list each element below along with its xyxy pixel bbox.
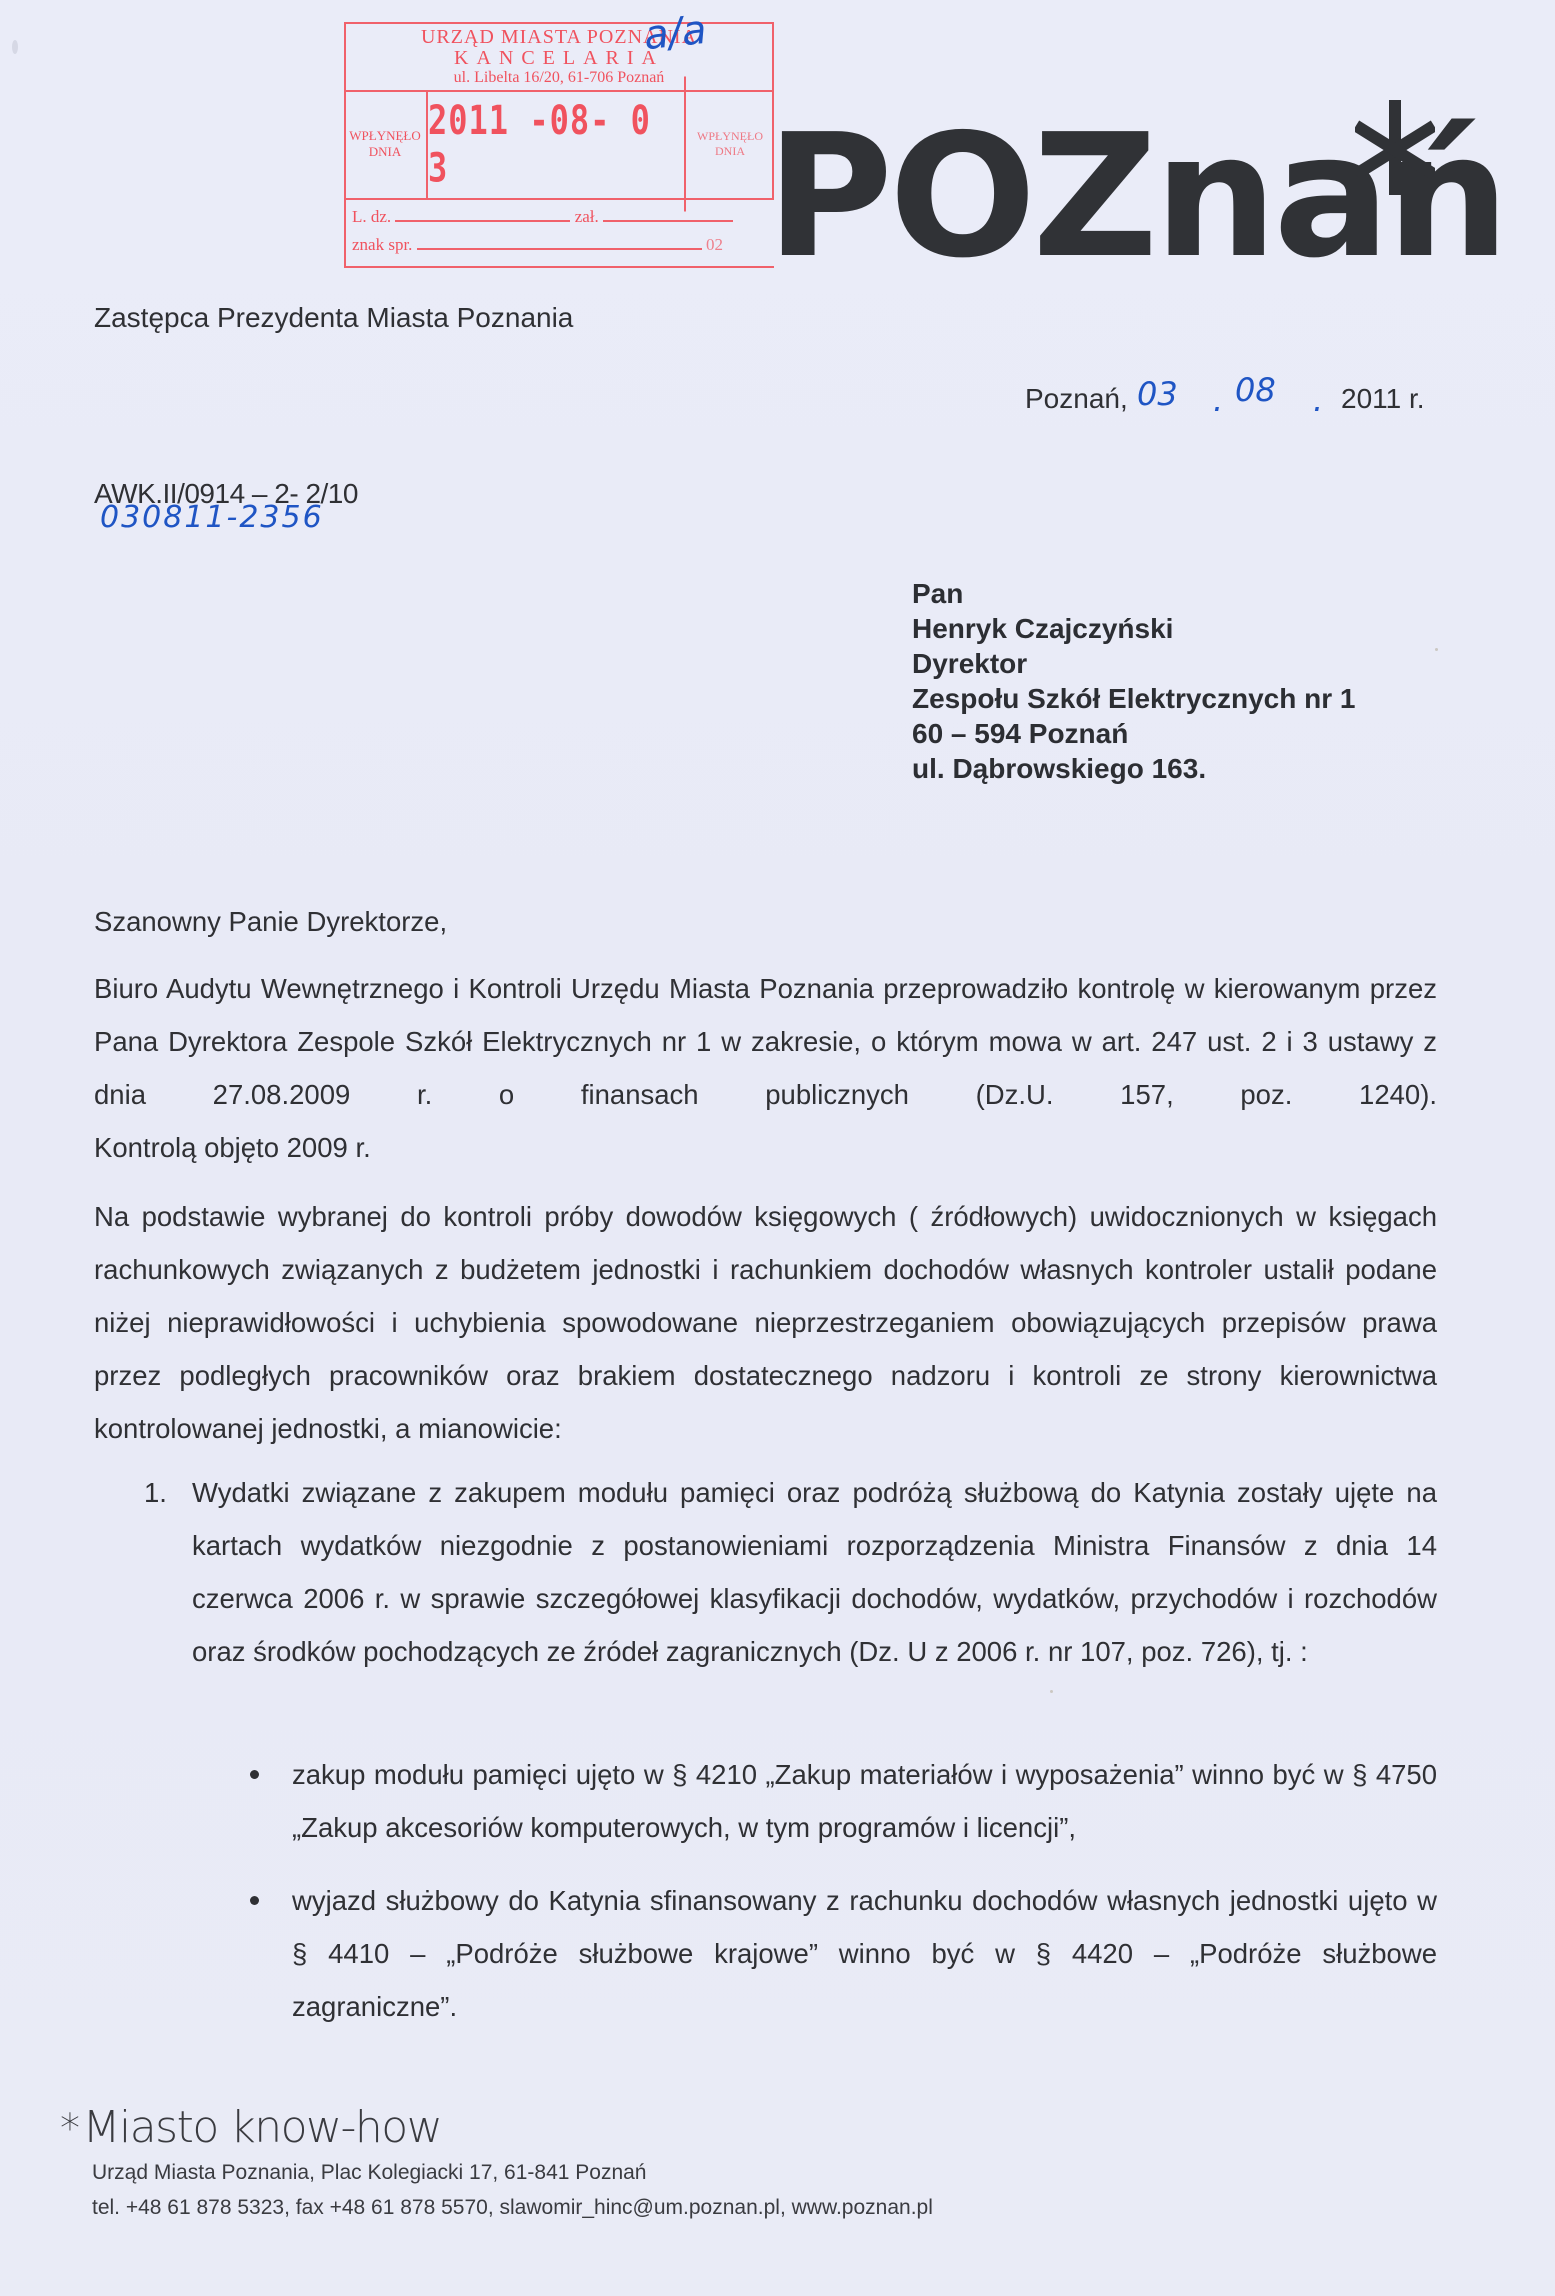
salutation: Szanowny Panie Dyrektorze, <box>94 895 1437 948</box>
paragraph-audit-year: Kontrolą objęto 2009 r. <box>94 1121 1437 1174</box>
finding-detail-item: zakup modułu pamięci ujęto w § 4210 „Zak… <box>94 1748 1437 1854</box>
letter-date: Poznań, 03 . 08 . 2011 r. <box>1025 383 1128 415</box>
finding-text: Wydatki związane z zakupem modułu pamięc… <box>192 1466 1437 1678</box>
stamp-znak-label: znak spr. <box>352 235 412 254</box>
stamp-zal-label: zał. <box>575 207 599 226</box>
sender-title: Zastępca Prezydenta Miasta Poznania <box>94 302 573 334</box>
recipient-line: ul. Dąbrowskiego 163. <box>912 751 1355 786</box>
finding-detail-text: zakup modułu pamięci ujęto w § 4210 „Zak… <box>292 1748 1437 1854</box>
stamp-date-row: WPŁYNĘŁO DNIA 2011 -08- 0 3 WPŁYNĘŁO DNI… <box>344 90 774 200</box>
letter-page: URZĄD MIASTA POZNANIA KANCELARIA ul. Lib… <box>0 0 1555 2296</box>
footer-brand: *Miasto know-how <box>60 2102 441 2153</box>
recipient-line: 60 – 594 Poznań <box>912 716 1355 751</box>
date-separator-handwritten-2: . <box>1313 381 1323 419</box>
finding-number: 1. <box>144 1466 167 1519</box>
stamp-registry-row: L. dz. zał. znak spr. 02 <box>344 200 774 268</box>
stamp-received-label-right-line2: DNIA <box>686 144 774 159</box>
finding-item: 1. Wydatki związane z zakupem modułu pam… <box>94 1466 1437 1678</box>
date-year: 2011 r. <box>1341 383 1425 415</box>
stamp-zal-blank <box>603 206 733 222</box>
date-separator-handwritten: . <box>1213 381 1223 419</box>
recipient-line: Pan <box>912 576 1355 611</box>
registry-stamp: URZĄD MIASTA POZNANIA KANCELARIA ul. Lib… <box>344 22 774 268</box>
stamp-office-dept: KANCELARIA <box>344 48 774 68</box>
stamp-received-label-right: WPŁYNĘŁO DNIA <box>686 90 774 198</box>
date-place: Poznań, <box>1025 383 1128 414</box>
logo-asterisk-icon <box>1355 100 1435 195</box>
asterisk-icon: * <box>60 2106 79 2152</box>
paragraph-audit-scope-text: Biuro Audytu Wewnętrznego i Kontroli Urz… <box>94 962 1437 1121</box>
bullet-icon <box>250 1896 259 1905</box>
stamp-ldz-blank <box>395 206 570 222</box>
recipient-line: Dyrektor <box>912 646 1355 681</box>
footer-brand-text: Miasto know-how <box>83 2102 442 2153</box>
stamp-received-label-line2: DNIA <box>344 144 426 160</box>
bullet-icon <box>250 1770 259 1779</box>
paragraph-findings-intro: Na podstawie wybranej do kontroli próby … <box>94 1190 1437 1455</box>
footer-contact: tel. +48 61 878 5323, fax +48 61 878 557… <box>92 2196 933 2220</box>
finding-details-list: zakup modułu pamięci ujęto w § 4210 „Zak… <box>94 1748 1437 2053</box>
paragraph-audit-scope: Biuro Audytu Wewnętrznego i Kontroli Urz… <box>94 962 1437 1174</box>
finding-detail-text: wyjazd służbowy do Katynia sfinansowany … <box>292 1874 1437 2033</box>
stamp-office-name: URZĄD MIASTA POZNANIA <box>344 26 774 48</box>
reference-handwritten: 030811-2356 <box>100 500 324 535</box>
handwritten-initials: a/a <box>642 7 709 59</box>
stamp-znak-line: znak spr. 02 <box>352 234 723 255</box>
stamp-received-label-right-line1: WPŁYNĘŁO <box>686 129 774 144</box>
stamp-received-label: WPŁYNĘŁO DNIA <box>344 90 428 198</box>
stamp-znak-blank <box>417 234 702 250</box>
footer-address: Urząd Miasta Poznania, Plac Kolegiacki 1… <box>92 2161 647 2185</box>
recipient-line: Zespołu Szkół Elektrycznych nr 1 <box>912 681 1355 716</box>
recipient-line: Henryk Czajczyński <box>912 611 1355 646</box>
scan-speck <box>1050 1690 1053 1693</box>
stamp-znak-value: 02 <box>706 235 723 254</box>
scan-speck <box>12 40 18 54</box>
stamp-ldz-line: L. dz. zał. <box>352 206 733 227</box>
recipient-address: Pan Henryk Czajczyński Dyrektor Zespołu … <box>912 576 1355 786</box>
date-month-handwritten: 08 <box>1235 371 1276 409</box>
stamp-received-date: 2011 -08- 0 3 <box>428 77 686 212</box>
scan-speck <box>1435 648 1438 651</box>
stamp-ldz-label: L. dz. <box>352 207 391 226</box>
finding-detail-item: wyjazd służbowy do Katynia sfinansowany … <box>94 1874 1437 2033</box>
date-day-handwritten: 03 <box>1137 375 1178 413</box>
stamp-received-label-line1: WPŁYNĘŁO <box>344 128 426 144</box>
